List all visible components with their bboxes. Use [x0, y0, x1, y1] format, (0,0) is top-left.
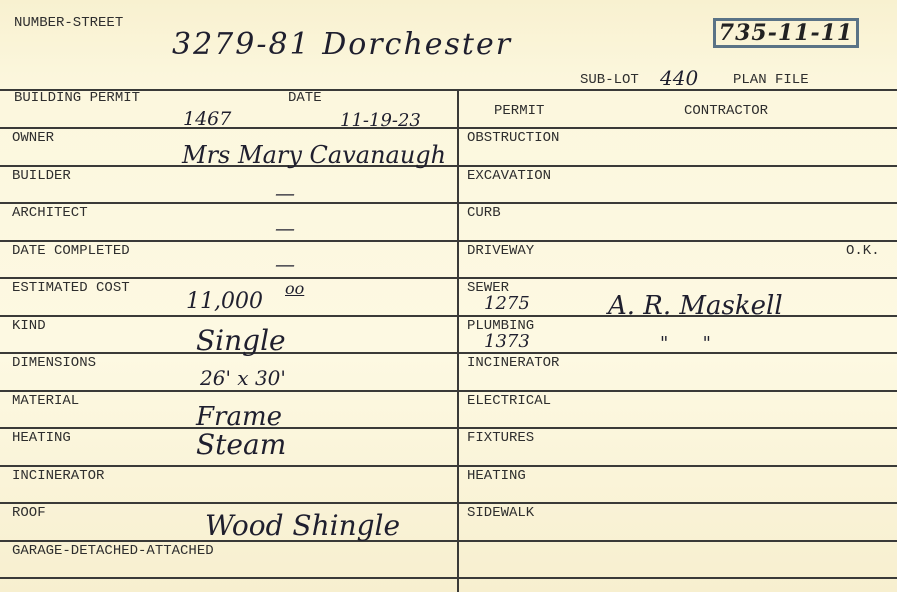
row-divider	[0, 390, 897, 392]
permit-header: PERMIT	[494, 104, 544, 118]
row-divider	[0, 352, 897, 354]
permit-number-plumbing: 1373	[484, 333, 530, 351]
row-divider	[0, 465, 897, 467]
number-street-label: NUMBER-STREET	[14, 16, 123, 30]
address-value: 3279-81 Dorchester	[172, 30, 512, 60]
permit-label-incinerator: INCINERATOR	[467, 356, 559, 370]
permit-card: NUMBER-STREET 3279-81 Dorchester 735-11-…	[0, 0, 897, 592]
field-value-owner: Mrs Mary Cavanaugh	[182, 143, 446, 167]
contractor-header: CONTRACTOR	[684, 104, 768, 118]
plan-file-label: PLAN FILE	[733, 73, 809, 87]
field-value-heating: Steam	[196, 431, 286, 459]
permit-label-obstruction: OBSTRUCTION	[467, 131, 559, 145]
permit-number-sewer: 1275	[484, 295, 530, 313]
row-divider	[0, 502, 897, 504]
field-value-estimated-cost: 11,000	[186, 291, 263, 313]
field-label-kind: KIND	[12, 319, 46, 333]
permit-label-fixtures: FIXTURES	[467, 431, 534, 445]
field-value-builder: —	[275, 183, 295, 203]
field-value-roof: Wood Shingle	[205, 512, 400, 540]
row-divider	[0, 240, 897, 242]
field-value-dimensions: 26' x 30'	[200, 368, 286, 388]
field-label-material: MATERIAL	[12, 394, 79, 408]
permit-label-curb: CURB	[467, 206, 501, 220]
row-divider	[0, 540, 897, 542]
row-divider	[0, 165, 897, 167]
field-value-date-completed: —	[275, 254, 295, 274]
field-label-builder: BUILDER	[12, 169, 71, 183]
row-divider	[0, 277, 897, 279]
field-label-dimensions: DIMENSIONS	[12, 356, 96, 370]
row-divider	[0, 577, 897, 579]
permit-label-excavation: EXCAVATION	[467, 169, 551, 183]
row-divider	[0, 127, 897, 129]
field-label-roof: ROOF	[12, 506, 46, 520]
permit-note-driveway: O.K.	[846, 244, 880, 258]
field-label-garage-detached-attached: GARAGE-DETACHED-ATTACHED	[12, 544, 214, 558]
permit-label-driveway: DRIVEWAY	[467, 244, 534, 258]
row-divider	[0, 427, 897, 429]
permit-label-heating: HEATING	[467, 469, 526, 483]
field-label-owner: OWNER	[12, 131, 54, 145]
field-label-heating: HEATING	[12, 431, 71, 445]
field-value-material: Frame	[196, 404, 282, 430]
field-label-estimated-cost: ESTIMATED COST	[12, 281, 130, 295]
permit-label-sidewalk: SIDEWALK	[467, 506, 534, 520]
permit-contractor-plumbing: " "	[660, 335, 711, 353]
file-number-stamp: 735-11-11	[713, 18, 859, 48]
field-label-incinerator: INCINERATOR	[12, 469, 104, 483]
sub-lot-label: SUB-LOT	[580, 73, 639, 87]
field-label-date-completed: DATE COMPLETED	[12, 244, 130, 258]
building-permit-label: BUILDING PERMIT	[14, 91, 140, 105]
field-label-architect: ARCHITECT	[12, 206, 88, 220]
sub-lot-value: 440	[660, 68, 698, 88]
row-divider	[0, 202, 897, 204]
date-label: DATE	[288, 91, 322, 105]
permit-label-electrical: ELECTRICAL	[467, 394, 551, 408]
permit-contractor-sewer: A. R. Maskell	[608, 293, 783, 319]
field-value-architect: —	[275, 218, 295, 238]
field-value-kind: Single	[196, 327, 286, 355]
field-value-estimated-cost-cents: oo	[285, 281, 304, 297]
